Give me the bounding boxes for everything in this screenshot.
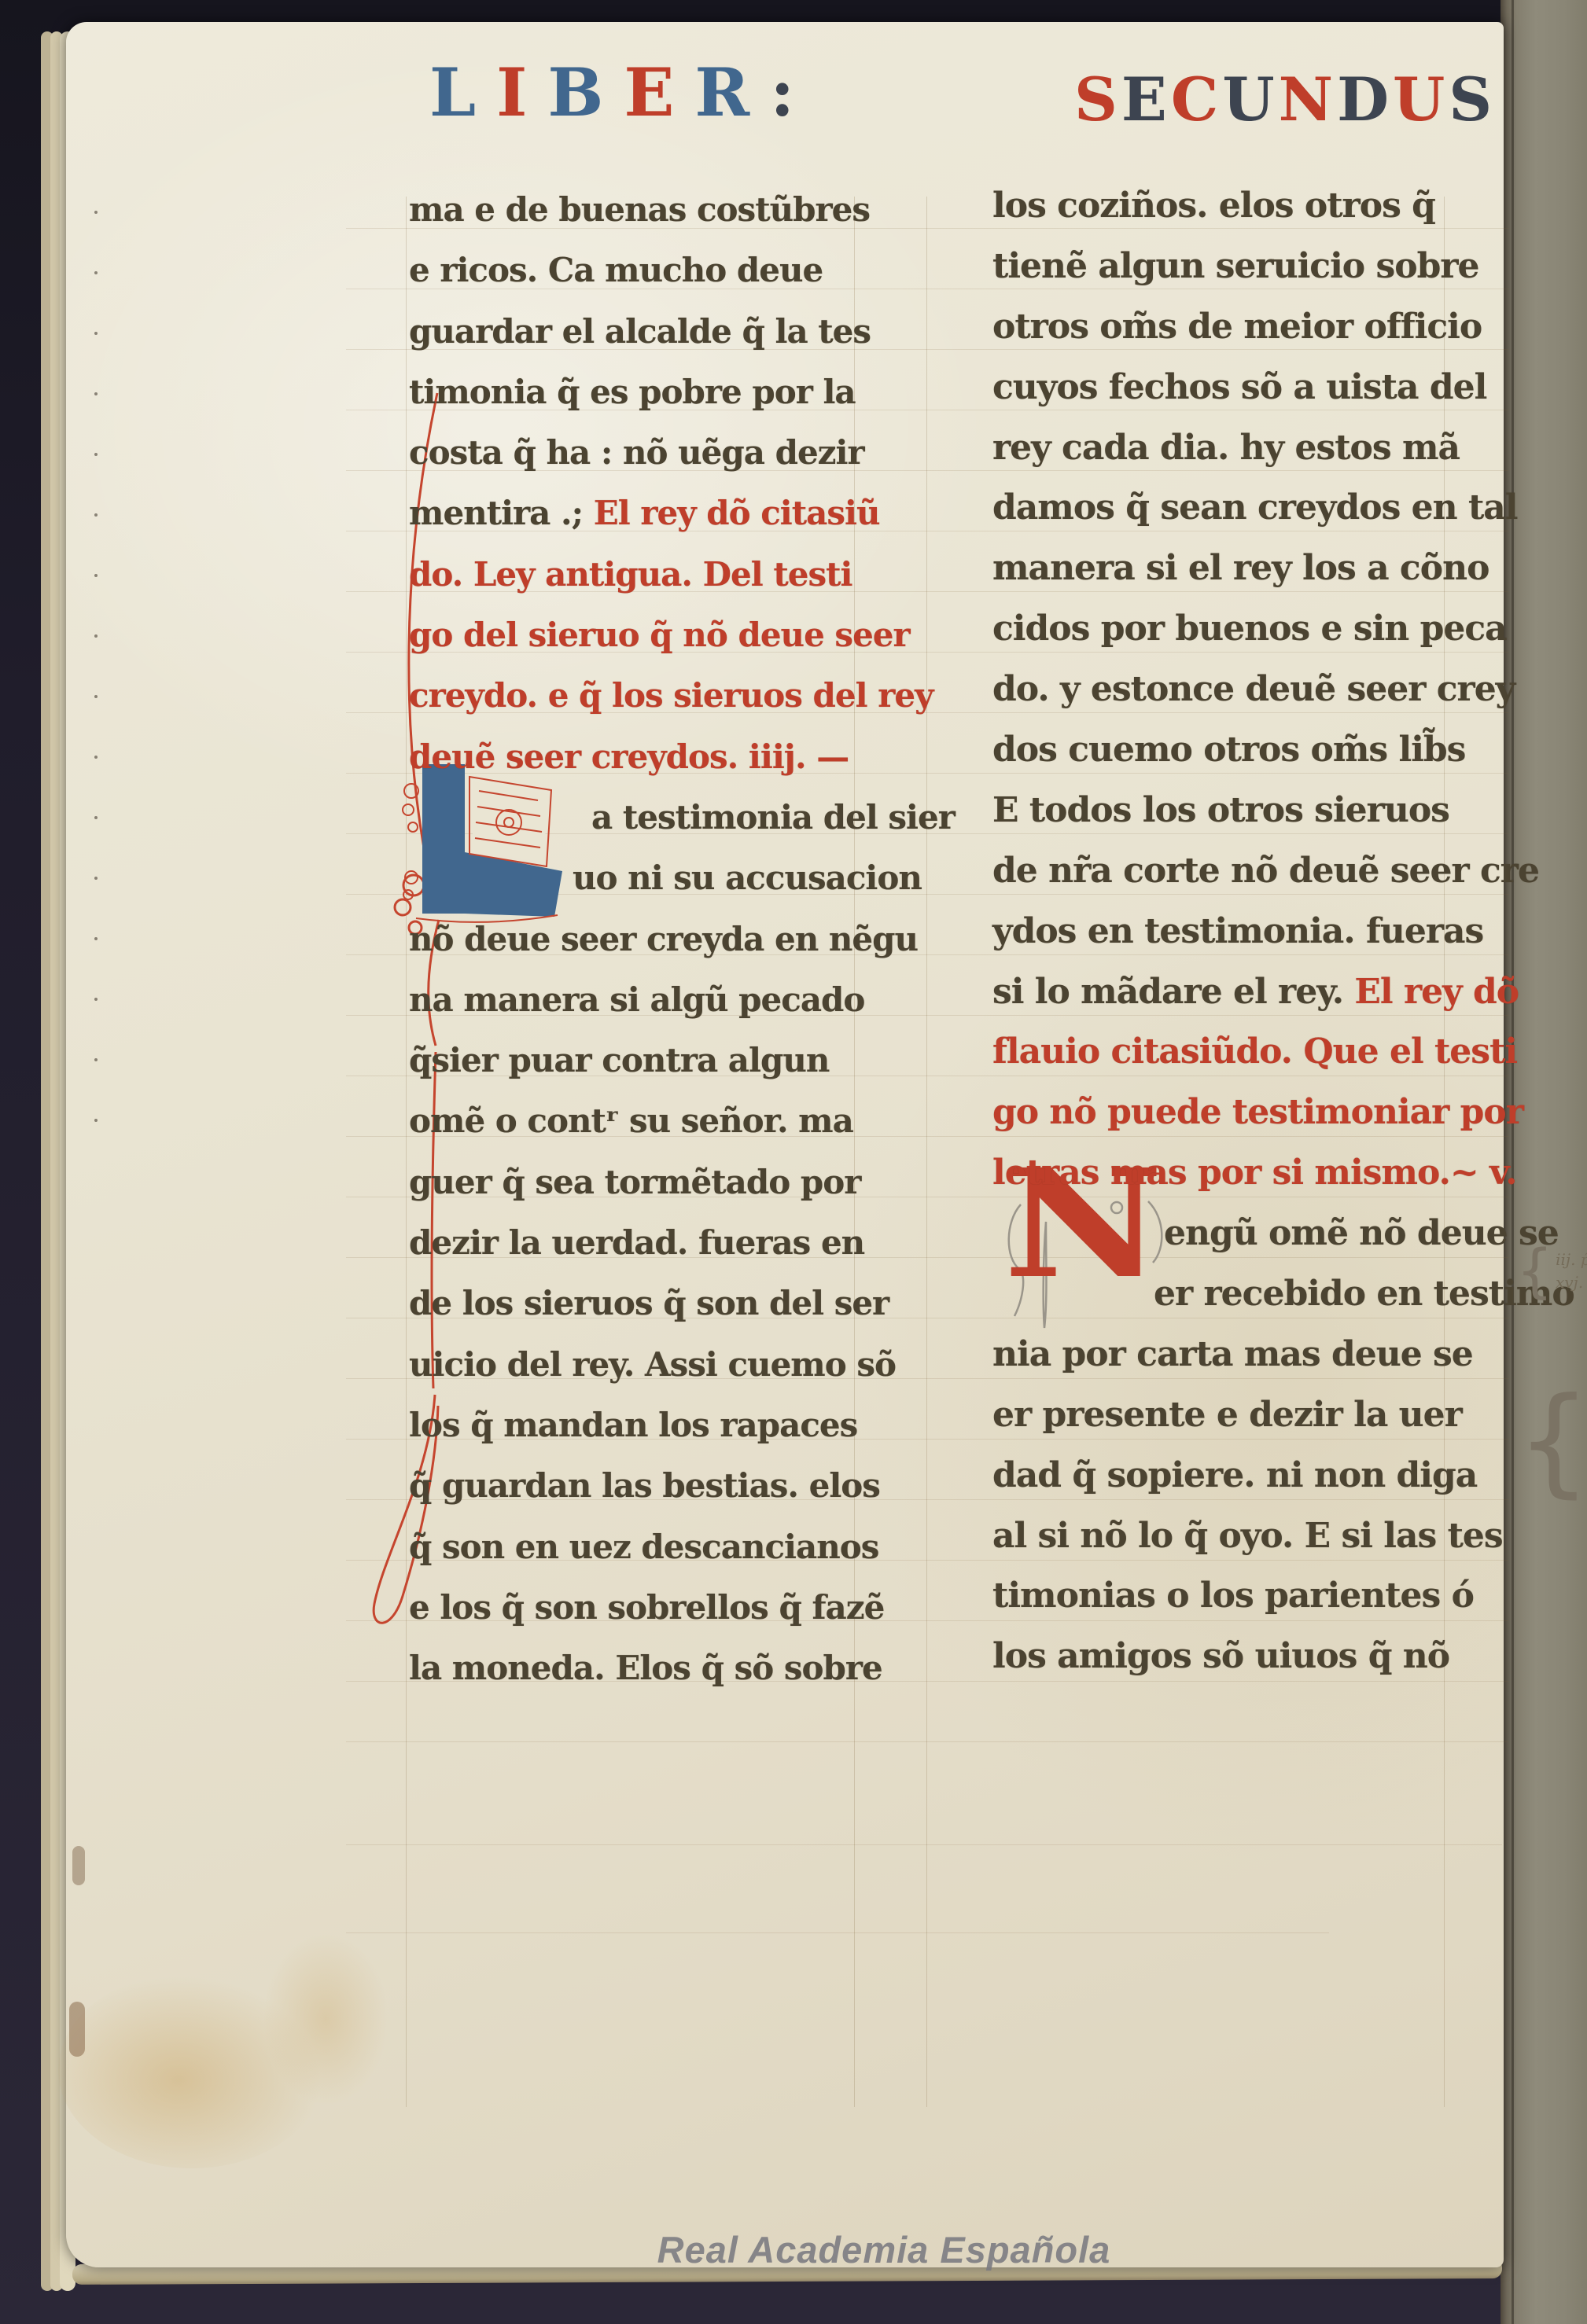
marginal-gloss: {iij. p̃. r.xvj. l'xx.{flos̃. l'.ij. r. … (1516, 1237, 1587, 1577)
pricking-hole (94, 513, 98, 517)
text-line: manera si el rey los a cõno (992, 539, 1512, 599)
gloss-group: {iij. p̃. r.xvj. l'xx. (1516, 1237, 1587, 1305)
body-text: al si nõ lo q̃ oyo. E si las tes (992, 1516, 1503, 1556)
gloss-group: {flos̃. l'.ij. r. vj.p. xij q̃nj cnr̃ ii… (1516, 1373, 1587, 1509)
rubric-text: go del sieruo q̃ nõ deue seer (409, 616, 910, 654)
body-text: a testimonia del sier (591, 798, 955, 837)
header-letter: : (770, 61, 794, 124)
body-text: si lo mãdare el rey. (992, 972, 1354, 1012)
text-line: do. y estonce deuẽ seer crey (992, 660, 1512, 720)
text-line: de los sieruos q̃ son del ser (409, 1273, 881, 1333)
body-text: q̃ guardan las bestias. elos (409, 1466, 880, 1505)
text-line: omẽ o contʳ su señor. ma (409, 1090, 881, 1151)
body-text: E todos los otros sieruos (992, 790, 1449, 830)
pricking-hole (94, 1119, 98, 1122)
rubric-text: El rey dõ citasiũ (594, 494, 880, 532)
body-text: q̃sier puar contra algun (409, 1041, 829, 1079)
text-column-left: ma e de buenas costũbrese ricos. Ca much… (409, 179, 881, 1698)
horizontal-rule (346, 1844, 1502, 1845)
text-line: engũ omẽ nõ deue se (992, 1204, 1512, 1264)
rubric-text: El rey dõ (1354, 972, 1519, 1012)
body-text: omẽ o contʳ su señor. ma (409, 1101, 853, 1140)
body-text: mentira .; (409, 494, 594, 532)
body-text: dezir la uerdad. fueras en (409, 1223, 864, 1262)
body-text: manera si el rey los a cõno (992, 548, 1489, 588)
body-text: uicio del rey. Assi cuemo sõ (409, 1345, 896, 1384)
body-text: los q̃ mandan los rapaces (409, 1406, 857, 1444)
text-line: los amigos sõ uiuos q̃ nõ (992, 1627, 1512, 1687)
text-line: nõ deue seer creyda en nẽgu (409, 909, 881, 969)
body-text: la moneda. Elos q̃ sõ sobre (409, 1649, 882, 1687)
header-letter: S (1449, 71, 1492, 129)
text-line: flauio citasiũdo. Que el testi (992, 1022, 1512, 1083)
text-line: dezir la uerdad. fueras en (409, 1212, 881, 1273)
text-line: otros om̃s de meior officio (992, 297, 1512, 358)
header-letter: B (547, 61, 603, 124)
header-letter: N (1279, 71, 1333, 129)
pricking-hole (94, 392, 98, 395)
body-text: ydos en testimonia. fueras (992, 911, 1483, 951)
edge-damage-spot (72, 1846, 85, 1885)
pricking-hole (94, 271, 98, 274)
text-line: los coziños. elos otros q̃ (992, 176, 1512, 237)
text-line: go del sieruo q̃ nõ deue seer (409, 605, 881, 665)
text-line: dad q̃ sopiere. ni non diga (992, 1446, 1512, 1506)
body-text: de nr̃a corte nõ deuẽ seer cre (992, 851, 1539, 891)
running-title-secundus: SECUNDUS (1074, 66, 1496, 129)
gloss-brace: { (1516, 1373, 1587, 1509)
text-line: guardar el alcalde q̃ la tes (409, 301, 881, 362)
parchment-stain (58, 1972, 326, 2168)
body-text: guardar el alcalde q̃ la tes (409, 312, 871, 351)
header-letter: R (694, 61, 749, 124)
text-line: rey cada dia. hy estos mã (992, 418, 1512, 479)
text-line: al si nõ lo q̃ oyo. E si las tes (992, 1506, 1512, 1567)
header-letter: L (429, 61, 476, 124)
body-text: dad q̃ sopiere. ni non diga (992, 1455, 1477, 1495)
pricking-hole (94, 211, 98, 214)
body-text: dos cuemo otros om̃s lib̃s (992, 730, 1465, 770)
text-column-right: los coziños. elos otros q̃tienẽ algun se… (992, 176, 1512, 1687)
pricking-hole (94, 634, 98, 638)
text-line: uicio del rey. Assi cuemo sõ (409, 1334, 881, 1395)
gloss-line: iij. p̃. r. (1556, 1248, 1587, 1271)
vertical-rule (926, 197, 927, 2107)
parchment-page: LIBER: SECUNDUS (66, 22, 1504, 2267)
body-text: damos q̃ sean creydos en tal (992, 487, 1518, 528)
running-title-liber: LIBER: (429, 57, 815, 124)
text-line: deuẽ seer creydos. iiij. — (409, 726, 881, 787)
text-line: la moneda. Elos q̃ sõ sobre (409, 1638, 881, 1698)
text-line: er recebido en testimo (992, 1264, 1512, 1325)
rubric-text: letras mas por si mismo.~ v. (992, 1153, 1517, 1193)
rubric-text: do. Ley antigua. Del testi (409, 555, 852, 594)
body-text: timonias o los parientes ó (992, 1576, 1474, 1616)
text-line: na manera si algũ pecado (409, 969, 881, 1030)
body-text: nõ deue seer creyda en nẽgu (409, 920, 918, 958)
text-line: q̃ guardan las bestias. elos (409, 1455, 881, 1516)
body-text: los amigos sõ uiuos q̃ nõ (992, 1636, 1449, 1676)
body-text: ma e de buenas costũbres (409, 190, 870, 229)
text-line: los q̃ mandan los rapaces (409, 1395, 881, 1455)
body-text: rey cada dia. hy estos mã (992, 428, 1460, 468)
pricking-hole (94, 816, 98, 819)
header-letter: E (1121, 71, 1167, 129)
pricking-hole (94, 937, 98, 940)
text-line: q̃ son en uez descancianos (409, 1517, 881, 1577)
pricking-hole (94, 574, 98, 577)
text-line: E todos los otros sieruos (992, 781, 1512, 841)
text-line: de nr̃a corte nõ deuẽ seer cre (992, 841, 1512, 902)
rubric-text: go nõ puede testimoniar por (992, 1092, 1523, 1132)
text-line: uo ni su accusacion (409, 848, 881, 908)
text-line: do. Ley antigua. Del testi (409, 544, 881, 605)
header-letter: I (496, 61, 527, 124)
body-text: do. y estonce deuẽ seer crey (992, 669, 1515, 709)
header-letter: U (1222, 71, 1274, 129)
body-text: guer q̃ sea tormẽtado por (409, 1163, 860, 1201)
text-line: tienẽ algun seruicio sobre (992, 237, 1512, 297)
pricking-hole (94, 756, 98, 759)
gloss-brace: { (1516, 1237, 1553, 1305)
body-text: cuyos fechos sõ a uista del (992, 367, 1486, 407)
rubric-text: creydo. e q̃ los sieruos del rey (409, 676, 933, 715)
text-line: nia por carta mas deue se (992, 1325, 1512, 1385)
text-line: mentira .; El rey dõ citasiũ (409, 483, 881, 543)
text-line: ma e de buenas costũbres (409, 179, 881, 240)
text-line: cidos por buenos e sin peca (992, 599, 1512, 660)
pricking-hole (94, 453, 98, 456)
text-line: cuyos fechos sõ a uista del (992, 358, 1512, 418)
body-text: er presente e dezir la uer (992, 1395, 1462, 1435)
pricking-hole (94, 695, 98, 698)
body-text: de los sieruos q̃ son del ser (409, 1284, 889, 1322)
text-line: ydos en testimonia. fueras (992, 902, 1512, 962)
body-text: los coziños. elos otros q̃ (992, 186, 1435, 226)
text-line: er presente e dezir la uer (992, 1385, 1512, 1446)
body-text: cidos por buenos e sin peca (992, 609, 1507, 649)
header-letter: E (624, 61, 674, 124)
text-line: creydo. e q̃ los sieruos del rey (409, 665, 881, 726)
edge-damage-spot (69, 2002, 85, 2057)
text-line: dos cuemo otros om̃s lib̃s (992, 720, 1512, 781)
rubric-text: deuẽ seer creydos. iiij. — (409, 737, 849, 776)
body-text: q̃ son en uez descancianos (409, 1528, 878, 1566)
body-text: er recebido en testimo (1154, 1274, 1574, 1314)
body-text: timonia q̃ es pobre por la (409, 373, 856, 411)
body-text: e los q̃ son sobrellos q̃ fazẽ (409, 1588, 884, 1627)
watermark: Real Academia Española (585, 2228, 1183, 2271)
text-line: guer q̃ sea tormẽtado por (409, 1152, 881, 1212)
text-line: q̃sier puar contra algun (409, 1030, 881, 1090)
text-line: timonia q̃ es pobre por la (409, 362, 881, 422)
header-letter: S (1074, 71, 1118, 129)
body-text: uo ni su accusacion (573, 859, 922, 897)
text-line: costa q̃ ha : nõ uẽga dezir (409, 422, 881, 483)
body-text: tienẽ algun seruicio sobre (992, 246, 1479, 286)
horizontal-rule (346, 1932, 1329, 1933)
body-text: engũ omẽ nõ deue se (1164, 1213, 1559, 1253)
gloss-line: xvj. l'xx. (1556, 1271, 1587, 1294)
pricking-hole (94, 998, 98, 1001)
text-line: e los q̃ son sobrellos q̃ fazẽ (409, 1577, 881, 1638)
text-line: timonias o los parientes ó (992, 1566, 1512, 1627)
pricking-hole (94, 332, 98, 335)
body-text: na manera si algũ pecado (409, 980, 864, 1019)
body-text: otros om̃s de meior officio (992, 307, 1482, 347)
body-text: costa q̃ ha : nõ uẽga dezir (409, 433, 864, 472)
pricking-hole (94, 877, 98, 880)
header-letter: U (1393, 71, 1445, 129)
header-letter: C (1171, 71, 1219, 129)
text-line: e ricos. Ca mucho deue (409, 240, 881, 300)
text-line: a testimonia del sier (409, 787, 881, 848)
text-line: go nõ puede testimoniar por (992, 1083, 1512, 1143)
body-text: nia por carta mas deue se (992, 1334, 1473, 1374)
parchment-stain (263, 1932, 388, 2105)
text-line: si lo mãdare el rey. El rey dõ (992, 962, 1512, 1023)
pricking-hole (94, 1058, 98, 1061)
rubric-text: flauio citasiũdo. Que el testi (992, 1031, 1517, 1072)
header-letter: D (1337, 71, 1389, 129)
body-text: e ricos. Ca mucho deue (409, 251, 823, 289)
text-line: damos q̃ sean creydos en tal (992, 478, 1512, 539)
text-line: letras mas por si mismo.~ v. (992, 1143, 1512, 1204)
